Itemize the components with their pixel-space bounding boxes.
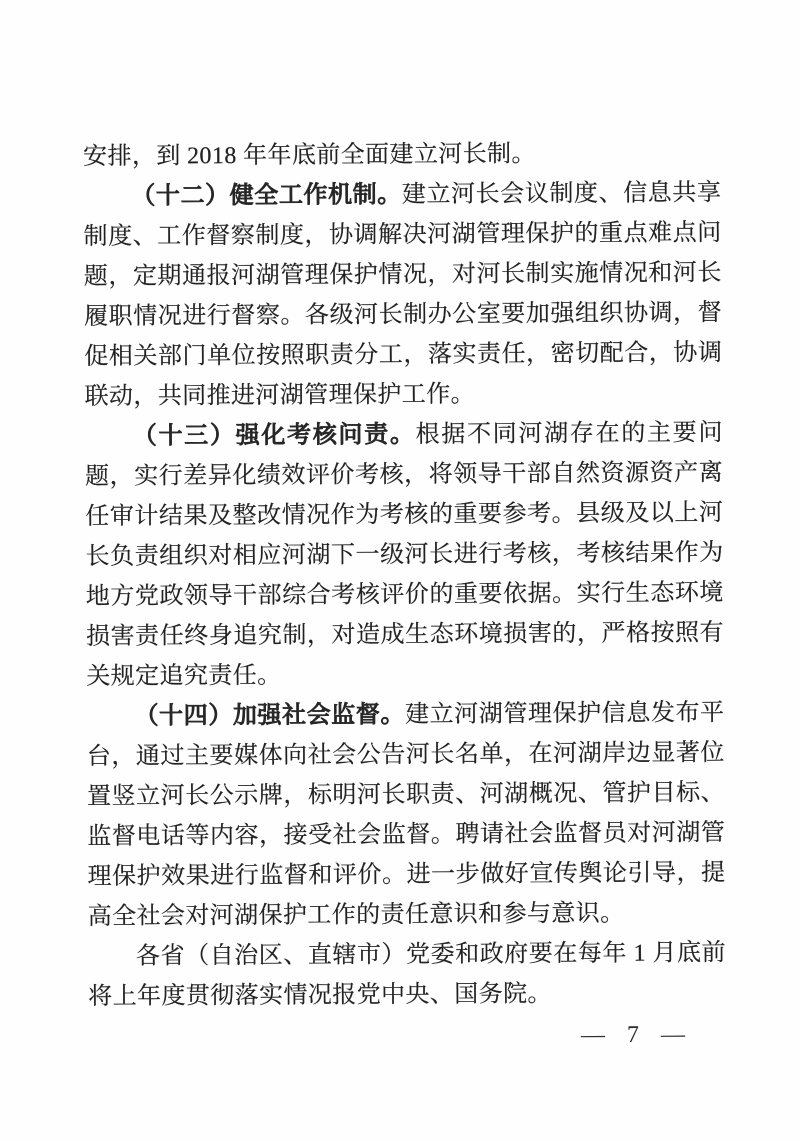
paragraph: （十三）强化考核问责。根据不同河湖存在的主要问题，实行差异化绩效评价考核，将领导…	[85, 413, 725, 697]
text-block: 安排，到 2018 年年底前全面建立河长制。（十二）健全工作机制。建立河长会议制…	[83, 133, 726, 1017]
paragraph: 各省（自治区、直辖市）党委和政府要在每年 1 月底前将上年度贯彻落实情况报党中央…	[88, 933, 726, 1017]
paragraph: 安排，到 2018 年年底前全面建立河长制。	[83, 133, 721, 177]
document-page: 安排，到 2018 年年底前全面建立河长制。（十二）健全工作机制。建立河长会议制…	[0, 0, 800, 1141]
paragraph: （十二）健全工作机制。建立河长会议制度、信息共享制度、工作督察制度，协调解决河湖…	[83, 173, 722, 417]
section-heading: （十三）强化考核问责。	[133, 422, 416, 450]
paragraph: （十四）加强社会监督。建立河湖管理保护信息发布平台，通过主要媒体向社会公告河长名…	[86, 693, 725, 937]
section-heading: （十四）加强社会监督。	[134, 702, 405, 730]
page-number: — 7 —	[581, 1020, 688, 1051]
section-heading: （十二）健全工作机制。	[131, 182, 402, 210]
